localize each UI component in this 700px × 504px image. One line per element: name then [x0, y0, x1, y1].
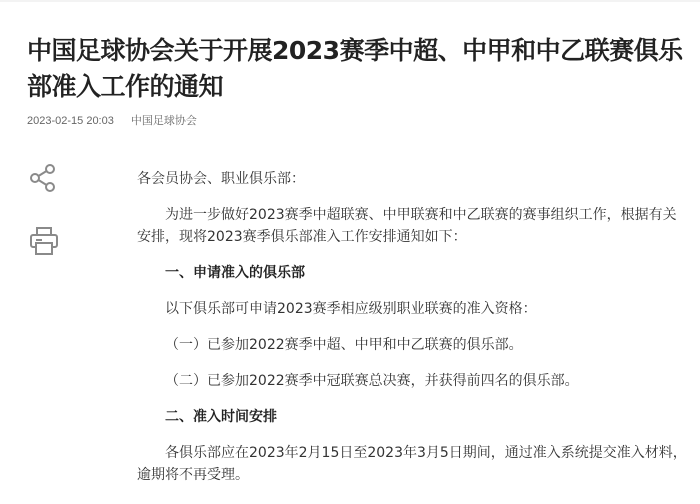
section-heading-2: 二、准入时间安排 [137, 406, 687, 428]
section2-paragraph: 各俱乐部应在2023年2月15日至2023年3月5日期间，通过准入系统提交准入材… [137, 442, 687, 486]
article-title: 中国足球协会关于开展2023赛季中超、中甲和中乙联赛俱乐部准入工作的通知 [27, 33, 687, 105]
section-heading-1: 一、申请准入的俱乐部 [137, 262, 687, 284]
top-divider [0, 0, 700, 2]
article-source: 中国足球协会 [131, 115, 197, 127]
section1-paragraph: 以下俱乐部可申请2023赛季相应级别职业联赛的准入资格： [137, 298, 687, 320]
printer-icon[interactable] [28, 225, 60, 257]
list-item: （一）已参加2022赛季中超、中甲和中乙联赛的俱乐部。 [137, 334, 687, 356]
publish-date: 2023-02-15 20:03 [27, 115, 114, 127]
salutation: 各会员协会、职业俱乐部： [137, 168, 687, 190]
share-icon[interactable] [28, 163, 58, 193]
list-item: （二）已参加2022赛季中冠联赛总决赛，并获得前四名的俱乐部。 [137, 370, 687, 392]
article-meta: 2023-02-15 20:03 中国足球协会 [27, 113, 197, 129]
article-body: 各会员协会、职业俱乐部： 为进一步做好2023赛季中超联赛、中甲联赛和中乙联赛的… [137, 168, 687, 500]
intro-paragraph: 为进一步做好2023赛季中超联赛、中甲联赛和中乙联赛的赛事组织工作，根据有关安排… [137, 204, 687, 248]
